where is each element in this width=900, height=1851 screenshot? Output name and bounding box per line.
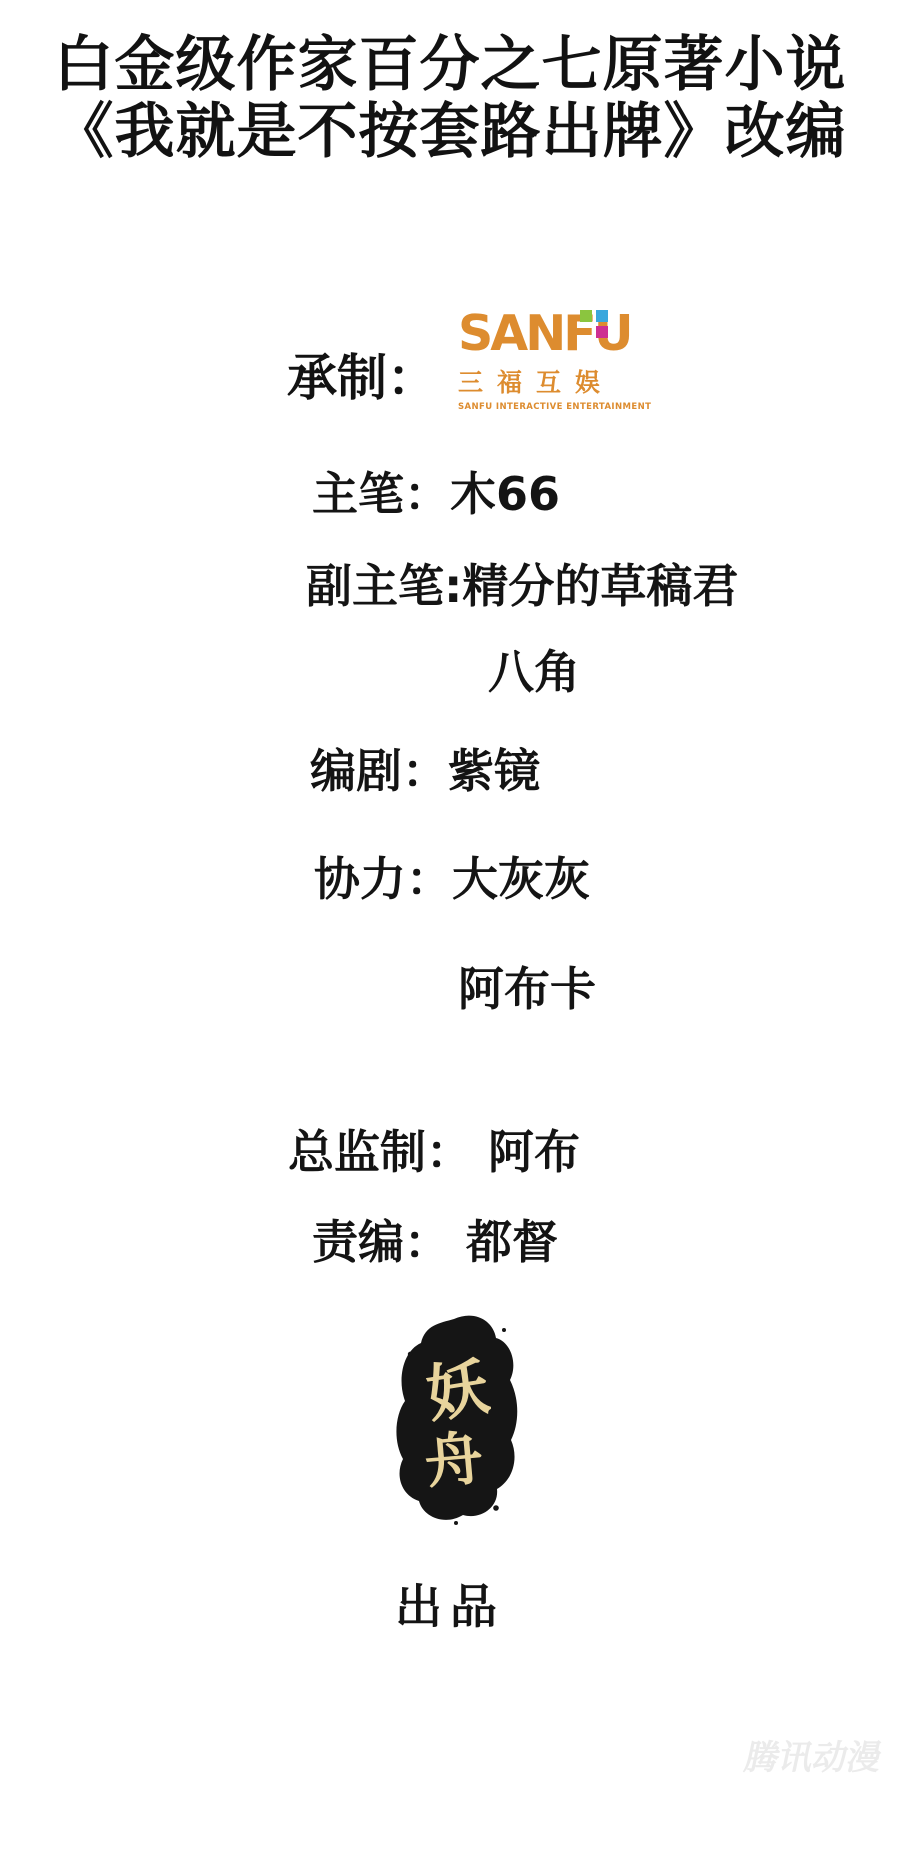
sanfu-logo: SANFU 三福互娱 SANFU INTERACTIVE ENTERTAINME… [458, 308, 633, 412]
credit-row-assistant-artist-2: 八角 [488, 636, 580, 702]
magenta-square-icon [596, 326, 608, 338]
credit-row-support: 协力：大灰灰 [314, 843, 590, 909]
tencent-comics-watermark: 腾讯动漫 [741, 1730, 887, 1779]
credit-label: 副主笔: [306, 559, 462, 613]
credit-value: 都督 [466, 1215, 558, 1269]
credit-row-support-2: 阿布卡 [458, 953, 596, 1019]
studio-label: 出品 [0, 1570, 900, 1637]
credit-value: 大灰灰 [452, 852, 590, 906]
credit-row-lead-artist: 主笔：木66 [312, 458, 560, 524]
credit-label: 协力： [314, 852, 452, 906]
credit-value: 紫镜 [448, 744, 540, 798]
logo-character-yao: 妖 [421, 1350, 494, 1432]
page-title: 白金级作家百分之七原著小说 《我就是不按套路出牌》改编 [0, 32, 900, 166]
blue-square-icon [596, 310, 608, 322]
sanfu-chinese-name: 三福互娱 [458, 363, 633, 399]
credit-value: 八角 [488, 645, 580, 699]
yaozhou-studio-logo: 妖 舟 [392, 1312, 522, 1527]
credit-label: 主笔： [312, 467, 450, 521]
credit-value: 精分的草稿君 [462, 559, 738, 613]
credit-row-screenwriter: 编剧：紫镜 [310, 735, 540, 801]
producer-label: 承制： [287, 338, 437, 410]
sanfu-subtitle: SANFU INTERACTIVE ENTERTAINMENT [458, 402, 633, 412]
green-square-icon [580, 310, 592, 322]
logo-character-zhou: 舟 [422, 1424, 486, 1497]
title-line-2: 《我就是不按套路出牌》改编 [0, 99, 900, 166]
credit-label: 编剧： [310, 744, 448, 798]
credit-value: 木66 [450, 467, 560, 521]
credit-row-assistant-artist: 副主笔:精分的草稿君 [306, 550, 738, 616]
sanfu-logo-squares-icon [580, 310, 614, 344]
comic-credits-page: 白金级作家百分之七原著小说 《我就是不按套路出牌》改编 承制： SANFU 三福… [0, 0, 900, 1851]
credit-label: 责编： [312, 1215, 450, 1269]
ink-splash-icon: 妖 舟 [392, 1312, 522, 1527]
credit-row-chief-producer: 总监制：阿布 [288, 1116, 580, 1182]
credit-row-editor: 责编：都督 [312, 1206, 558, 1272]
credit-value: 阿布 [488, 1125, 580, 1179]
credit-label: 总监制： [288, 1125, 472, 1179]
title-line-1: 白金级作家百分之七原著小说 [0, 32, 900, 99]
credit-value: 阿布卡 [458, 962, 596, 1016]
